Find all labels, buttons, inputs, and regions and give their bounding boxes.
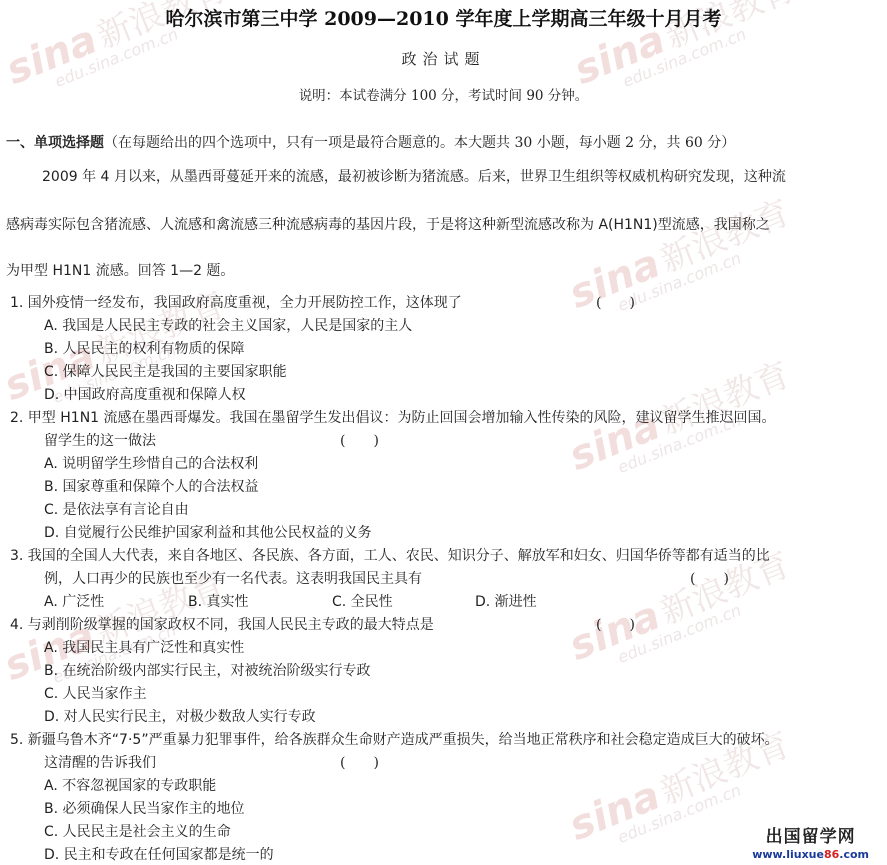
question-4-option-d: D. 对人民实行民主，对极少数敌人实行专政 [44, 706, 316, 726]
section-instructions: （在每题给出的四个选项中，只有一项是最符合题意的。本大题共 30 小题，每小题 … [104, 135, 735, 151]
exam-title: 哈尔滨市第三中学 2009—2010 学年度上学期高三年级十月月考 [0, 4, 887, 31]
question-3-stem: 3. 我国的全国人大代表，来自各地区、各民族、各方面，工人、农民、知识分子、解放… [10, 545, 770, 565]
question-2-option-c: C. 是依法享有言论自由 [44, 499, 189, 519]
passage-line: 为甲型 H1N1 流感。回答 1—2 题。 [6, 260, 234, 280]
exam-note: 说明：本试卷满分 100 分，考试时间 90 分钟。 [0, 84, 887, 104]
question-5-stem: 5. 新疆乌鲁木齐“7·5”严重暴力犯罪事件，给各族群众生命财产造成严重损失，给… [10, 729, 779, 749]
question-3-option-b: B. 真实性 [188, 591, 249, 611]
question-5-option-d: D. 民主和专政在任何国家都是统一的 [44, 844, 274, 864]
question-2-stem-cont: 留学生的这一做法 [44, 430, 156, 450]
answer-blank: ( ) [340, 430, 379, 450]
site-logo: 出国留学网 www.liuxue86.com [752, 822, 869, 861]
question-2-option-a: A. 说明留学生珍惜自己的合法权利 [44, 453, 258, 473]
site-logo-name: 出国留学网 [752, 822, 869, 847]
section-label: 一、单项选择题 [6, 135, 104, 151]
question-5-option-a: A. 不容忽视国家的专政职能 [44, 775, 216, 795]
question-1-option-a: A. 我国是人民民主专政的社会主义国家，人民是国家的主人 [44, 315, 412, 335]
question-1-stem: 1. 国外疫情一经发布，我国政府高度重视，全力开展防控工作，这体现了 [10, 292, 462, 312]
question-4-option-c: C. 人民当家作主 [44, 683, 147, 703]
question-3-option-c: C. 全民性 [332, 591, 393, 611]
question-3-stem-cont: 例，人口再少的民族也至少有一名代表。这表明我国民主具有 [44, 568, 422, 588]
question-2-option-b: B. 国家尊重和保障个人的合法权益 [44, 476, 259, 496]
question-3-option-d: D. 渐进性 [475, 591, 537, 611]
answer-blank: ( ) [340, 752, 379, 772]
passage-line: 感病毒实际包含猪流感、人流感和禽流感三种流感病毒的基因片段，于是将这种新型流感改… [6, 214, 770, 234]
question-3-option-a: A. 广泛性 [44, 591, 104, 611]
exam-subtitle: 政治试题 [0, 48, 887, 69]
passage-line: 2009 年 4 月以来，从墨西哥蔓延开来的流感，最初被诊断为猪流感。后来，世界… [42, 166, 786, 186]
question-2-option-d: D. 自觉履行公民维护国家利益和其他公民权益的义务 [44, 522, 372, 542]
section-heading: 一、单项选择题（在每题给出的四个选项中，只有一项是最符合题意的。本大题共 30 … [6, 132, 735, 152]
question-1-option-c: C. 保障人民民主是我国的主要国家职能 [44, 361, 287, 381]
answer-blank: ( ) [596, 614, 635, 634]
answer-blank: ( ) [596, 292, 635, 312]
question-5-option-c: C. 人民民主是社会主义的生命 [44, 821, 231, 841]
question-4-option-a: A. 我国民主具有广泛性和真实性 [44, 637, 244, 657]
question-1-option-b: B. 人民民主的权利有物质的保障 [44, 338, 245, 358]
answer-blank: ( ) [690, 568, 729, 588]
question-2-stem: 2. 甲型 H1N1 流感在墨西哥爆发。我国在墨留学生发出倡议：为防止回国会增加… [10, 407, 776, 427]
question-5-option-b: B. 必须确保人民当家作主的地位 [44, 798, 245, 818]
question-5-stem-cont: 这清醒的告诉我们 [44, 752, 156, 772]
site-logo-url: www.liuxue86.com [752, 848, 869, 861]
question-4-stem: 4. 与剥削阶级掌握的国家政权不同，我国人民民主专政的最大特点是 [10, 614, 434, 634]
question-1-option-d: D. 中国政府高度重视和保障人权 [44, 384, 246, 404]
question-4-option-b: B. 在统治阶级内部实行民主，对被统治阶级实行专政 [44, 660, 371, 680]
